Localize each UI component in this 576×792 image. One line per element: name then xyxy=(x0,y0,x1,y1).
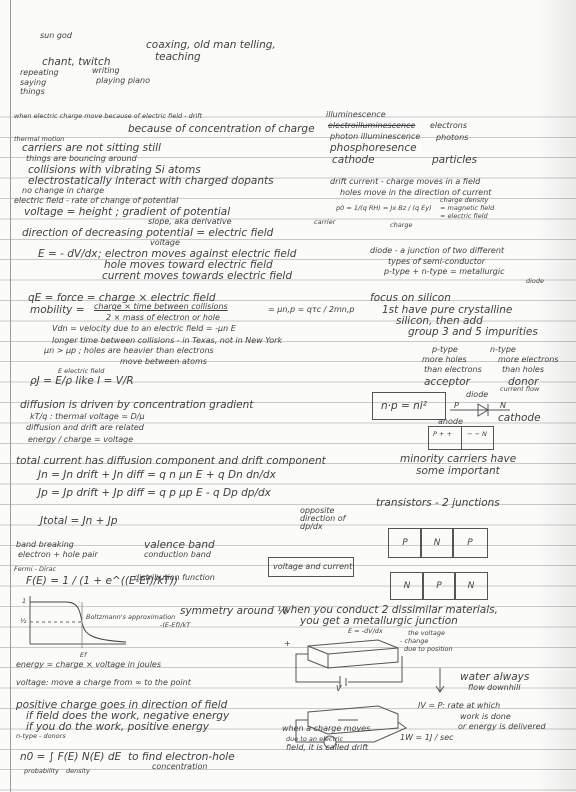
circuit-v: V xyxy=(336,685,341,693)
note-carrier: carrier xyxy=(314,219,335,226)
note-group: group 3 and 5 impurities xyxy=(408,327,538,338)
note-symmetry: symmetry around ½ xyxy=(180,606,287,617)
equation-jp: Jp = Jp drift + Jp diff = q p μp E - q D… xyxy=(38,488,271,499)
npn-cell: P xyxy=(422,572,456,600)
note-minority: minority carriers have xyxy=(400,454,516,465)
note-anode: anode xyxy=(438,418,463,426)
pn-junction-box: P + + − − N xyxy=(428,426,494,450)
note-energy-charge: energy / charge = voltage xyxy=(28,436,133,444)
note-charge: charge xyxy=(390,222,412,229)
axis-half: ½ xyxy=(20,618,26,625)
note-phosphor: phosphoresence xyxy=(330,143,417,154)
note-ptype: p-type xyxy=(432,346,458,354)
note-carriers: carriers are not sitting still xyxy=(22,143,161,154)
note-photons: photons xyxy=(436,134,468,142)
note-electric: = electric field xyxy=(440,213,488,220)
note-magnetic: = magnetic field xyxy=(440,205,494,212)
note-more-electrons: more electrons xyxy=(498,356,558,364)
note-work-done: work is done xyxy=(460,713,511,721)
npn-cell: N xyxy=(390,572,424,600)
note-direction: direction of decreasing potential = elec… xyxy=(22,228,273,239)
note-first: 1st have pure crystalline xyxy=(382,305,512,316)
equation-boltzmann: -(E-Ef)/kT xyxy=(160,622,190,629)
note-photon: photon illuminescence xyxy=(330,133,420,141)
note-energy-delivered: or energy is delivered xyxy=(458,723,546,731)
notebook-page: sun god coaxing, old man telling, teachi… xyxy=(0,0,576,792)
note-drift-current: drift current - charge moves in a field xyxy=(330,178,480,186)
note-acceptor: acceptor xyxy=(424,377,470,388)
voltage-current-box: voltage and current xyxy=(268,557,354,577)
note-cathode: cathode xyxy=(332,155,375,166)
note-cathode2: cathode xyxy=(498,413,541,424)
axis-one: 1 xyxy=(22,598,26,605)
note-related: diffusion and drift are related xyxy=(26,424,144,432)
note-bouncing: things are bouncing around xyxy=(26,155,137,163)
note-diffusion-line: because of concentration of charge xyxy=(128,124,315,135)
note-ntype: n-type xyxy=(490,346,516,354)
np-equation-box: n·p = ni² xyxy=(372,392,446,420)
note-efield-def: electric field - rate of change of poten… xyxy=(14,197,178,205)
note-opposite: opposite direction of dp/dx xyxy=(300,507,360,531)
margin-line xyxy=(10,0,11,792)
note-transistors: transistors - 2 junctions xyxy=(376,498,500,509)
note-dissimilar: when you conduct 2 dissimilar materials, xyxy=(282,605,498,616)
note-current-flow: current flow xyxy=(500,386,539,393)
note-water: water always xyxy=(460,672,529,683)
note-boltzmann: Boltzmann's approximation xyxy=(86,614,175,621)
note-density: density xyxy=(66,768,90,775)
note-longer-time: longer time between collisions - in Texa… xyxy=(52,337,282,345)
note-than-electrons: than electrons xyxy=(424,366,482,374)
note-ivp: IV = P: rate at which xyxy=(418,702,500,710)
mobility-denominator: 2 × mass of electron or hole xyxy=(106,314,220,322)
axis-ef: Ef xyxy=(80,652,86,659)
equation-vdn: Vdn = velocity due to an electric field … xyxy=(52,325,236,333)
note-important: some important xyxy=(416,466,500,477)
equation-watt: 1W = 1J / sec xyxy=(400,734,454,742)
note-types: types of semi-conductor xyxy=(388,258,485,266)
note-due-position: due to position xyxy=(404,646,453,653)
note-to-find: to find electron-hole xyxy=(128,752,235,763)
note-illuminescence: illuminescence xyxy=(326,111,386,119)
note-electro: electroilluminescence xyxy=(328,122,415,130)
equation-e-field: E = - dV/dx xyxy=(38,249,98,260)
note-sun-god: sun god xyxy=(40,32,72,40)
fermi-dirac-sketch xyxy=(16,596,136,656)
note-no-change: no change in charge xyxy=(22,187,104,195)
note-diode-label: diode xyxy=(466,391,488,399)
note-diffusion-gradient: diffusion is driven by concentration gra… xyxy=(20,400,253,411)
note-drift-line: when electric charge move because of ele… xyxy=(14,113,202,120)
note-hole-moves: hole moves toward electric field xyxy=(104,260,273,271)
note-electron-moves: ; electron moves against electric field xyxy=(98,249,296,260)
diode-p: P xyxy=(454,402,459,410)
note-downhill: flow downhill xyxy=(468,684,520,692)
note-electrons: electrons xyxy=(430,122,467,130)
pnp-cell: P xyxy=(388,528,422,558)
pnp-cell: N xyxy=(420,528,454,558)
note-electrostatic: electrostatically interact with charged … xyxy=(28,176,274,187)
note-things: things xyxy=(20,88,45,96)
note-repeating: repeating xyxy=(20,69,59,77)
note-voltage-current: voltage and current xyxy=(273,563,352,571)
equation-jtotal: Jtotal = Jn + Jp xyxy=(40,516,118,527)
note-writing: writing xyxy=(92,67,120,75)
note-mun-mup: μn > μp ; holes are heavier than electro… xyxy=(44,347,214,355)
note-move-between: move between atoms xyxy=(120,358,207,366)
note-change: - change xyxy=(400,638,428,645)
note-coaxing: coaxing, old man telling, xyxy=(146,40,276,51)
mobility-numerator: charge × time between collisions xyxy=(94,303,228,311)
note-probability: probability xyxy=(24,768,59,775)
note-field-work: if field does the work, negative energy xyxy=(26,711,229,722)
pnp-cell: P xyxy=(452,528,488,558)
note-current-moves: current moves towards electric field xyxy=(102,271,292,282)
note-drift: field, it is called drift xyxy=(286,744,368,752)
note-you-work: if you do the work, positive energy xyxy=(26,722,209,733)
note-diode: diode - a junction of two different xyxy=(370,247,504,255)
note-due-to: due to an electric xyxy=(286,736,343,743)
note-fermi: Fermi - Dirac xyxy=(14,566,56,573)
note-ptype-ntype: p-type + n-type = metallurgic xyxy=(384,268,505,276)
note-piano: playing piano xyxy=(96,77,150,85)
equation-jn: Jn = Jn drift + Jn diff = q n μn E + q D… xyxy=(38,470,276,481)
equation-rho: ρJ = E/ρ like I = V/R xyxy=(30,376,134,387)
note-teaching: teaching xyxy=(155,52,201,63)
note-total-current: total current has diffusion component an… xyxy=(16,456,326,467)
note-voltage-height: voltage = height ; gradient of potential xyxy=(24,207,230,218)
note-electric-field-small: E electric field xyxy=(58,368,104,375)
note-focus: focus on silicon xyxy=(370,293,451,304)
note-distribution: distribution function xyxy=(134,574,215,582)
diode-n: N xyxy=(500,402,506,410)
note-concentration: concentration xyxy=(152,763,207,771)
note-collisions: collisions with vibrating Si atoms xyxy=(28,165,201,176)
note-metallurgic: you get a metallurgic junction xyxy=(300,616,458,627)
note-ntype: n-type - donors xyxy=(16,733,66,740)
note-positive-charge: positive charge goes in direction of fie… xyxy=(16,700,227,711)
note-the-voltage: the voltage xyxy=(408,630,445,637)
note-particles: particles xyxy=(432,155,477,166)
note-slope: slope, aka derivative xyxy=(148,218,232,226)
note-saying: saying xyxy=(20,79,46,87)
note-energy: energy = charge × voltage in joules xyxy=(16,661,161,669)
note-voltage: voltage xyxy=(150,239,180,247)
note-pair: electron + hole pair xyxy=(18,551,98,559)
note-mobility-label: mobility = xyxy=(30,305,85,316)
note-diode2: diode xyxy=(526,278,544,285)
equation-np: n·p = ni² xyxy=(381,401,427,412)
note-more-holes: more holes xyxy=(422,356,467,364)
equation-thermal-voltage: kT/q : thermal voltage = D/μ xyxy=(30,413,145,421)
equation-n0: n0 = ∫ F(E) N(E) dE xyxy=(20,752,121,763)
npn-cell: N xyxy=(454,572,488,600)
note-charge-density: charge density xyxy=(440,197,488,204)
note-voltage-move: voltage: move a charge from ∞ to the poi… xyxy=(16,679,191,687)
note-valence: valence band xyxy=(144,540,215,551)
page-shadow xyxy=(536,0,576,792)
note-band-breaking: band breaking xyxy=(16,541,74,549)
equation-mu: = μn,p = qτc / 2mn,p xyxy=(268,306,354,314)
note-than-holes: than holes xyxy=(502,366,544,374)
equation-hall: p0 = 1/(q RH) = Jx Bz / (q Ey) xyxy=(336,205,432,212)
down-arrow-icon xyxy=(434,668,446,694)
note-silicon-add: silicon, then add xyxy=(396,316,483,327)
note-conduction: conduction band xyxy=(144,551,211,559)
note-when-charge: when a charge moves xyxy=(282,725,370,733)
